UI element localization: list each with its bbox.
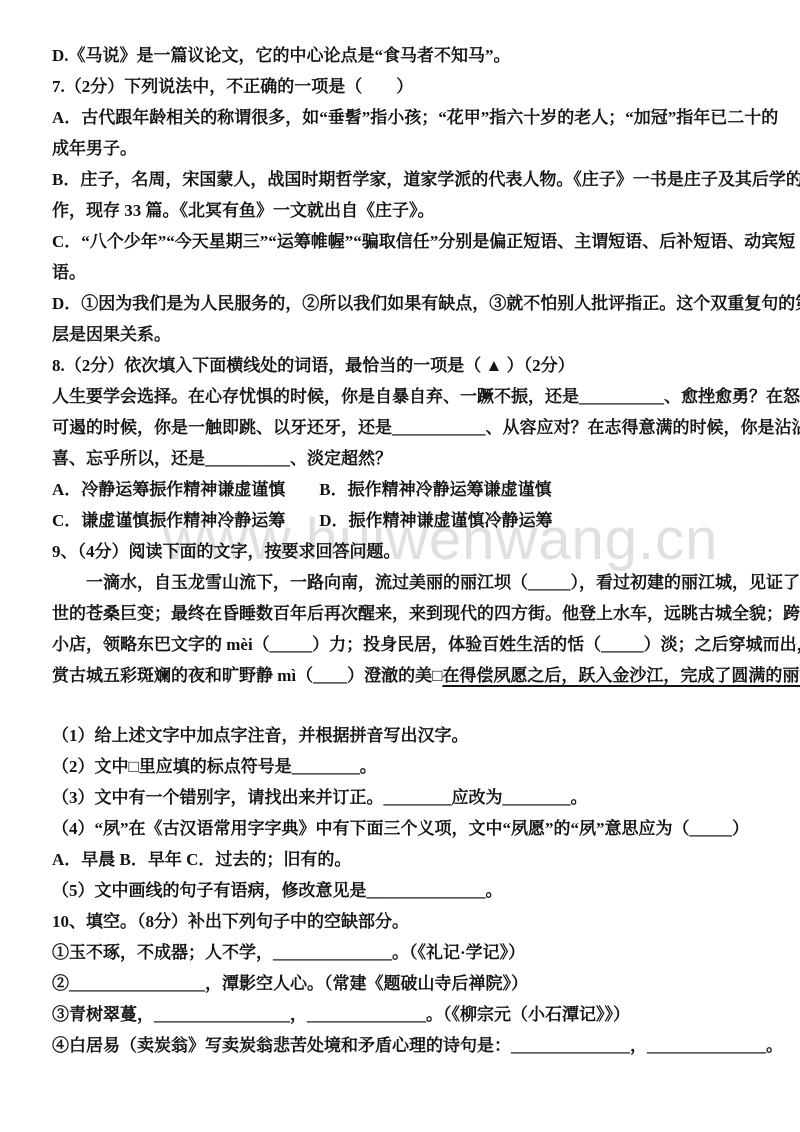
document-body: D.《马说》是一篇议论文，它的中心论点是“食马者不知马”。7.（2分）下列说法中… [52, 40, 758, 1061]
line-text: 成年男子。 [52, 139, 137, 158]
line-text: 10、填空。（8分）补出下列句子中的空缺部分。 [52, 912, 409, 931]
text-line: C．谦虚谨慎振作精神冷静运筹 D．振作精神谦虚谨慎冷静运筹 [52, 505, 758, 536]
text-line: 世的苍桑巨变；最终在昏睡数百年后再次醒来，来到现代的四方街。他登上水车，远眺古城… [52, 598, 758, 629]
text-line: B．庄子，名周，宋国蒙人，战国时期哲学家，道家学派的代表人物。《庄子》一书是庄子… [52, 164, 758, 195]
text-line: ④白居易（卖炭翁》写卖炭翁悲苦处境和矛盾心理的诗句是：_____________… [52, 1030, 758, 1061]
line-text: 语。 [52, 263, 86, 282]
line-text: （4）“夙”在《古汉语常用字字典》中有下面三个义项，文中“夙愿”的“夙”意思应为… [52, 819, 749, 838]
line-text: A．冷静运筹振作精神谦虚谨慎 B．振作精神冷静运筹谦虚谨慎 [52, 480, 552, 499]
text-line: 一滴水，自玉龙雪山流下，一路向南，流过美丽的丽江坝（_____），看过初建的丽江… [52, 567, 758, 598]
line-text: ④白居易（卖炭翁》写卖炭翁悲苦处境和矛盾心理的诗句是：_____________… [52, 1036, 783, 1055]
text-line: （1）给上述文字中加点字注音，并根据拼音写出汉字。 [52, 720, 758, 751]
line-text: 小店，领略东巴文字的 mèi（_____）力；投身民居，体验百姓生活的恬（___… [52, 635, 800, 654]
line-text: 层是因果关系。 [52, 325, 171, 344]
text-line: 7.（2分）下列说法中，不正确的一项是（ ） [52, 71, 758, 102]
text-line: 可遏的时候，你是一触即跳、以牙还牙，还是___________、从容应对？在志得… [52, 412, 758, 443]
text-line: 10、填空。（8分）补出下列句子中的空缺部分。 [52, 906, 758, 937]
line-text: 作，现存 33 篇。《北冥有鱼》一文就出自《庄子》。 [52, 201, 435, 220]
line-text: （1）给上述文字中加点字注音，并根据拼音写出汉字。 [52, 726, 469, 745]
text-line: 人生要学会选择。在心存忧惧的时候，你是自暴自弃、一蹶不振，还是_________… [52, 381, 758, 412]
text-line: ②________________，潭影空人心。（常建《题破山寺后禅院》） [52, 968, 758, 999]
line-text: ②________________，潭影空人心。（常建《题破山寺后禅院》） [52, 974, 528, 993]
line-text: D．①因为我们是为人民服务的，②所以我们如果有缺点，③就不怕别人批评指正。这个双… [52, 294, 800, 313]
text-line: 小店，领略东巴文字的 mèi（_____）力；投身民居，体验百姓生活的恬（___… [52, 629, 758, 660]
text-line: D.《马说》是一篇议论文，它的中心论点是“食马者不知马”。 [52, 40, 758, 71]
underlined-sentence: 在得偿夙愿之后，跃入金沙江，完成了圆满的丽江。 [442, 666, 800, 685]
line-text: D.《马说》是一篇议论文，它的中心论点是“食马者不知马”。 [52, 46, 511, 65]
line-text: 赏古城五彩斑斓的夜和旷野静 mì（____）澄澈的美□ [52, 666, 442, 685]
text-line: ①玉不琢，不成器；人不学，______________。（《礼记·学记》） [52, 937, 758, 968]
line-text: C．谦虚谨慎振作精神冷静运筹 D．振作精神谦虚谨慎冷静运筹 [52, 511, 553, 530]
line-text: 人生要学会选择。在心存忧惧的时候，你是自暴自弃、一蹶不振，还是_________… [52, 387, 800, 406]
line-spacer [52, 691, 758, 720]
line-text: 9、（4分）阅读下面的文字，按要求回答问题。 [52, 542, 401, 561]
line-text: ①玉不琢，不成器；人不学，______________。（《礼记·学记》） [52, 943, 525, 962]
text-line: （2）文中□里应填的标点符号是________。 [52, 751, 758, 782]
line-text: A．早晨 B．早年 C．过去的；旧有的。 [52, 850, 351, 869]
text-line: （3）文中有一个错别字，请找出来并订正。________应改为________。 [52, 782, 758, 813]
document-page: www.huiwenwang.cn D.《马说》是一篇议论文，它的中心论点是“食… [0, 0, 800, 1132]
line-text: C．“八个少年”“今天星期三”“运筹帷幄”“骗取信任”分别是偏正短语、主谓短语、… [52, 232, 795, 251]
text-line: A．古代跟年龄相关的称谓很多，如“垂髫”指小孩；“花甲”指六十岁的老人；“加冠”… [52, 102, 758, 133]
line-text: （5）文中画线的句子有语病，修改意见是______________。 [52, 881, 503, 900]
line-text: 7.（2分）下列说法中，不正确的一项是（ ） [52, 77, 413, 96]
text-line: 赏古城五彩斑斓的夜和旷野静 mì（____）澄澈的美□在得偿夙愿之后，跃入金沙江… [52, 660, 758, 691]
text-line: 作，现存 33 篇。《北冥有鱼》一文就出自《庄子》。 [52, 195, 758, 226]
text-line: 喜、忘乎所以，还是__________、淡定超然？ [52, 443, 758, 474]
text-line: 语。 [52, 257, 758, 288]
text-line: 8.（2分）依次填入下面横线处的词语，最恰当的一项是（ ▲ ）（2分） [52, 350, 758, 381]
text-line: D．①因为我们是为人民服务的，②所以我们如果有缺点，③就不怕别人批评指正。这个双… [52, 288, 758, 319]
line-text: A．古代跟年龄相关的称谓很多，如“垂髫”指小孩；“花甲”指六十岁的老人；“加冠”… [52, 108, 778, 127]
text-line: A．早晨 B．早年 C．过去的；旧有的。 [52, 844, 758, 875]
text-line: ③青树翠蔓，________________，______________。（《… [52, 999, 758, 1030]
line-text: 8.（2分）依次填入下面横线处的词语，最恰当的一项是（ ▲ ）（2分） [52, 356, 575, 375]
line-text: （2）文中□里应填的标点符号是________。 [52, 757, 377, 776]
text-line: 9、（4分）阅读下面的文字，按要求回答问题。 [52, 536, 758, 567]
text-line: （5）文中画线的句子有语病，修改意见是______________。 [52, 875, 758, 906]
text-line: 层是因果关系。 [52, 319, 758, 350]
line-text: 喜、忘乎所以，还是__________、淡定超然？ [52, 449, 392, 468]
line-text: 世的苍桑巨变；最终在昏睡数百年后再次醒来，来到现代的四方街。他登上水车，远眺古城… [52, 604, 800, 623]
line-text: （3）文中有一个错别字，请找出来并订正。________应改为________。 [52, 788, 588, 807]
line-text: ③青树翠蔓，________________，______________。（《… [52, 1005, 630, 1024]
line-text: 可遏的时候，你是一触即跳、以牙还牙，还是___________、从容应对？在志得… [52, 418, 800, 437]
text-line: 成年男子。 [52, 133, 758, 164]
text-line: （4）“夙”在《古汉语常用字字典》中有下面三个义项，文中“夙愿”的“夙”意思应为… [52, 813, 758, 844]
text-line: C．“八个少年”“今天星期三”“运筹帷幄”“骗取信任”分别是偏正短语、主谓短语、… [52, 226, 758, 257]
line-text: B．庄子，名周，宋国蒙人，战国时期哲学家，道家学派的代表人物。《庄子》一书是庄子… [52, 170, 800, 189]
text-line: A．冷静运筹振作精神谦虚谨慎 B．振作精神冷静运筹谦虚谨慎 [52, 474, 758, 505]
line-text: 一滴水，自玉龙雪山流下，一路向南，流过美丽的丽江坝（_____），看过初建的丽江… [52, 573, 800, 592]
